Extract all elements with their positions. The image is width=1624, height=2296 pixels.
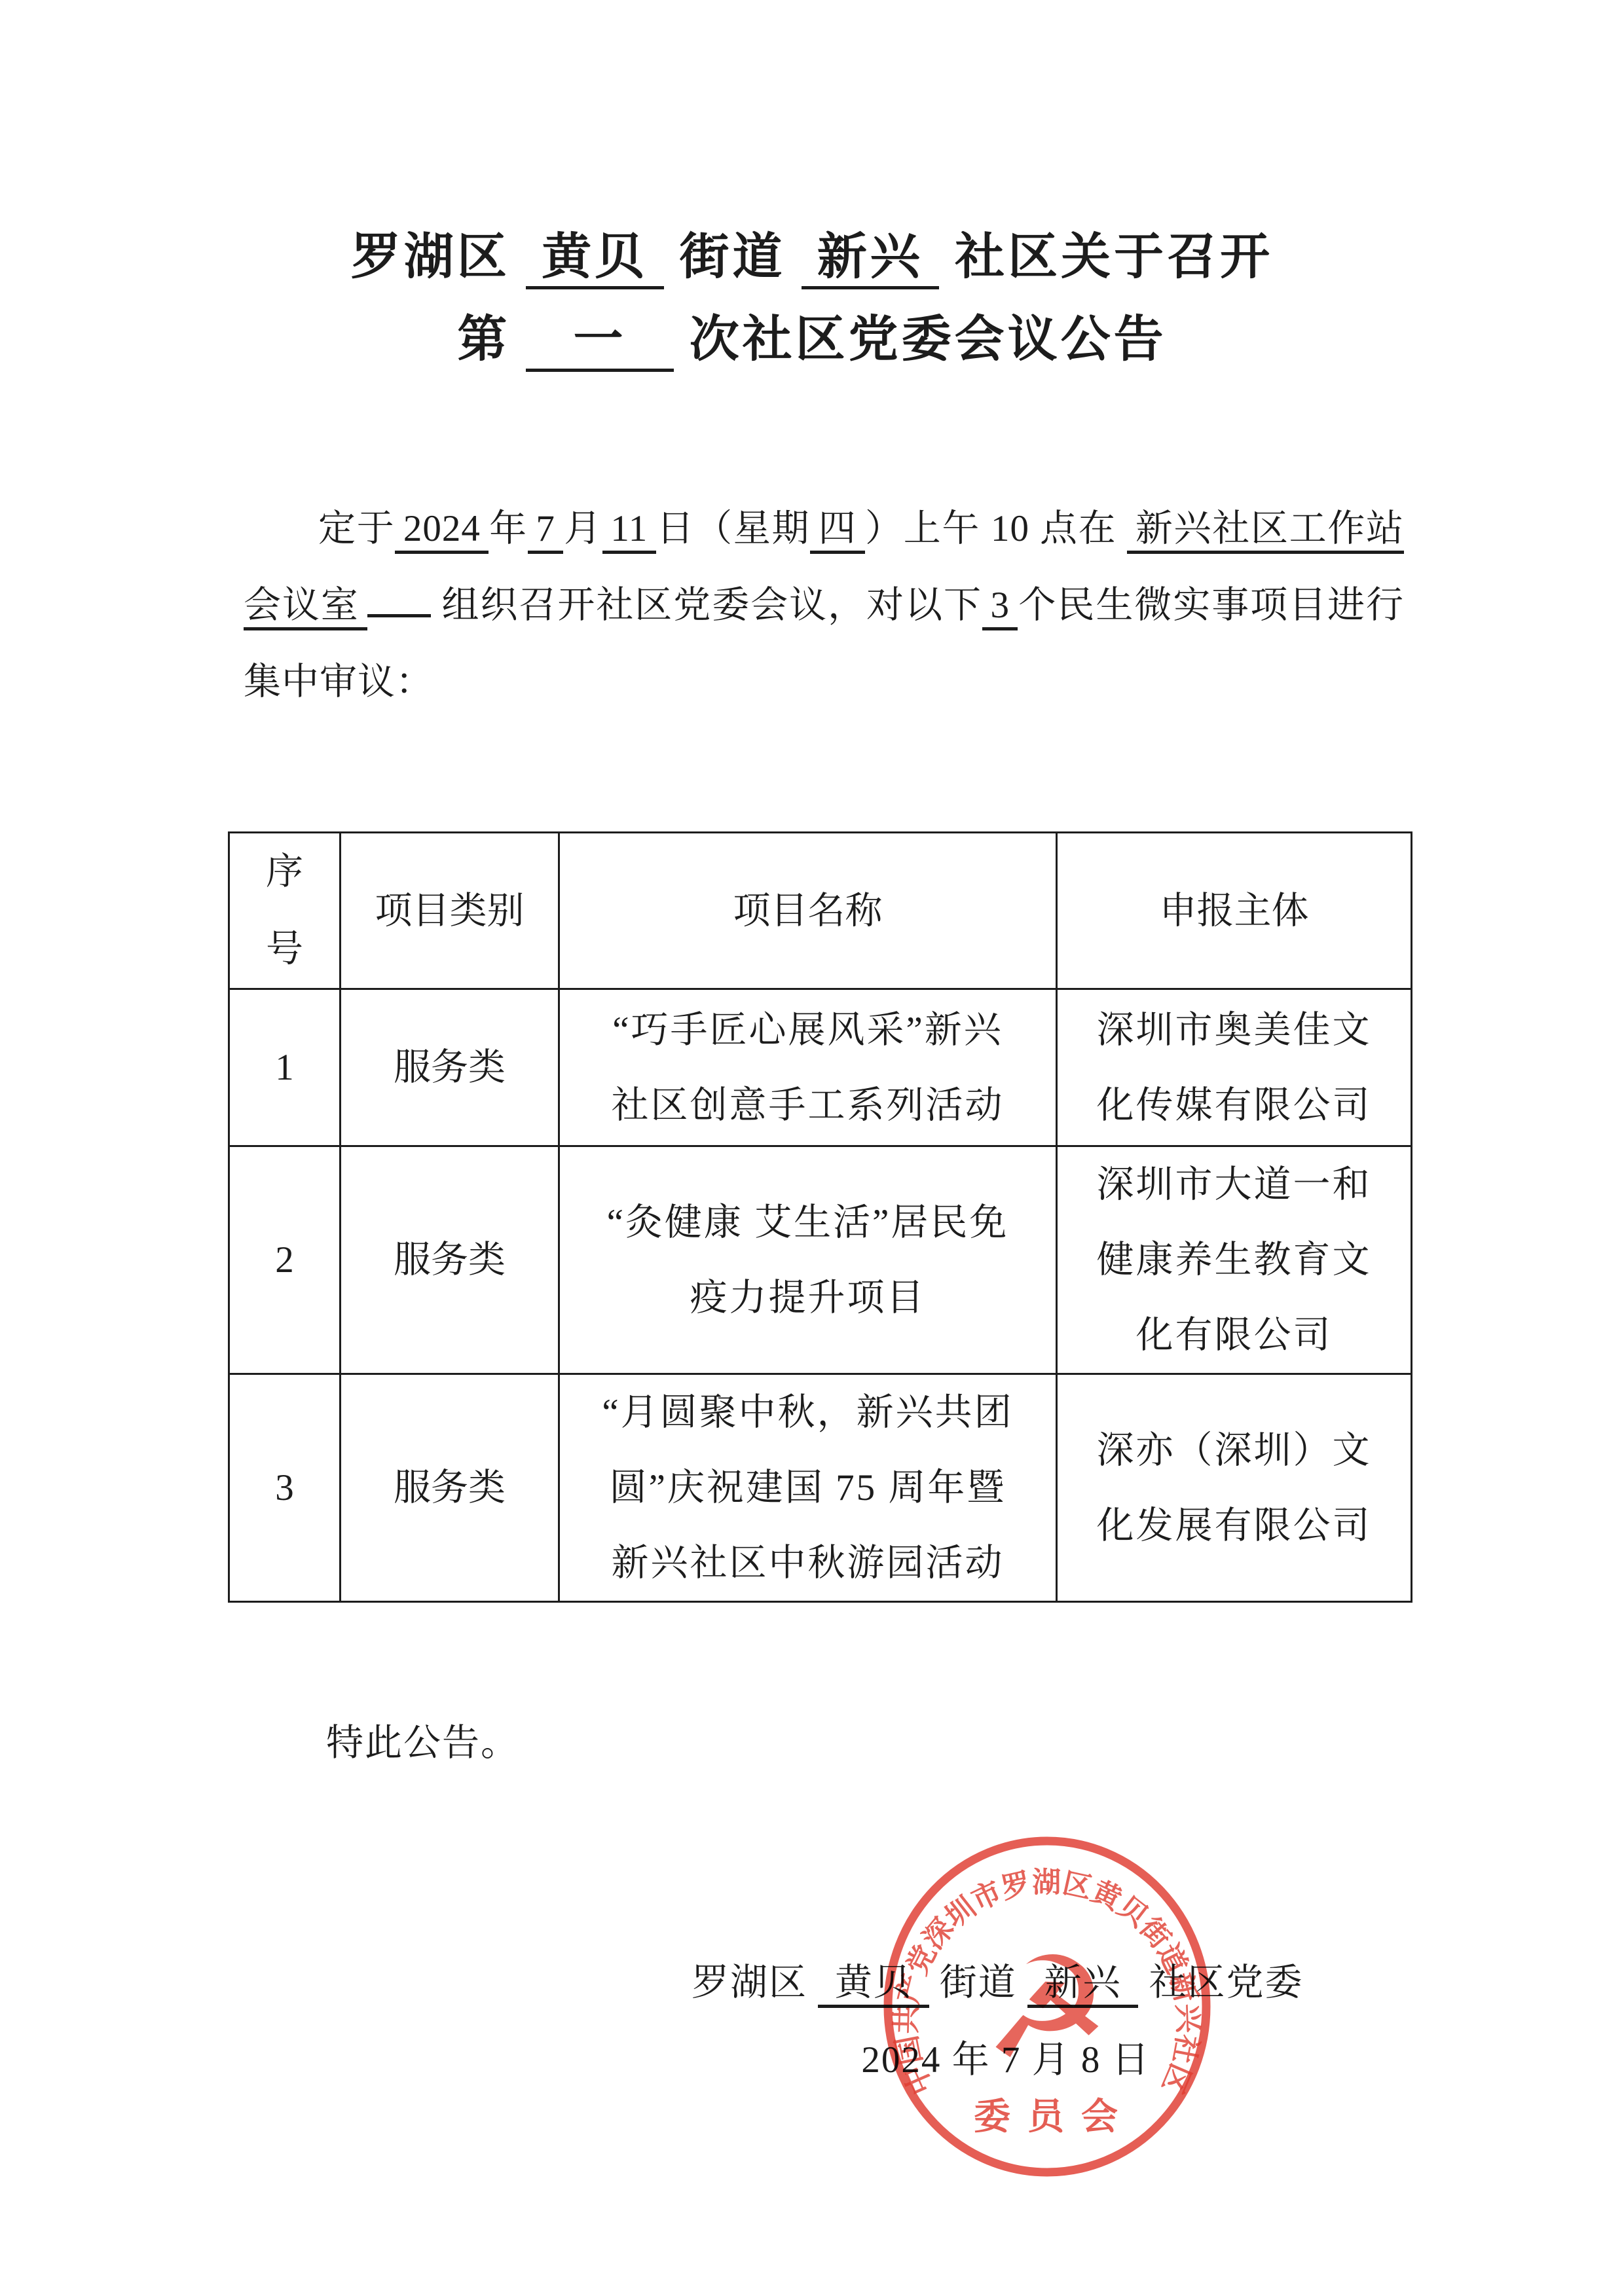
- signature-line: 罗湖区 黄贝 街道 新兴 社区党委: [692, 1952, 1346, 2006]
- cell-applicant: 深亦（深圳）文化发展有限公司: [1057, 1374, 1412, 1602]
- title-text: 第: [457, 312, 510, 367]
- title-fill-in-community: 新兴: [802, 230, 940, 289]
- closing-statement: 特此公告。: [326, 1713, 519, 1766]
- cell-serial-no: 2: [229, 1146, 341, 1374]
- project-name-text: “月圆聚中秋，新兴共团圆”庆祝建国 75 周年暨新兴社区中秋游园活动: [596, 1375, 1020, 1601]
- signature-fill-in-street: 黄贝: [818, 1962, 929, 2008]
- project-name-text: “灸健康 艾生活”居民免疫力提升项目: [596, 1185, 1020, 1336]
- cell-project-name: “月圆聚中秋，新兴共团圆”庆祝建国 75 周年暨新兴社区中秋游园活动: [559, 1374, 1057, 1602]
- paragraph-text: 组织召开社区党委会议，对以下: [442, 585, 982, 626]
- header-serial-no: 序号: [229, 833, 341, 989]
- table-row: 2 服务类 “灸健康 艾生活”居民免疫力提升项目 深圳市大道一和健康养生教育文化…: [229, 1146, 1412, 1374]
- cell-category: 服务类: [341, 989, 559, 1146]
- signature-text: 社区党委: [1149, 1962, 1304, 2003]
- fill-in-day: 11: [602, 508, 656, 554]
- document-title: 罗湖区 黄贝 街道 新兴 社区关于召开 第 一 次社区党委会议公告: [0, 216, 1624, 381]
- title-fill-in-session: 一: [526, 312, 673, 372]
- table-row: 1 服务类 “巧手匠心展风采”新兴社区创意手工系列活动 深圳市奥美佳文化传媒有限…: [229, 989, 1412, 1146]
- fill-in-weekday: 四: [810, 508, 865, 554]
- header-project-name: 项目名称: [559, 833, 1057, 989]
- header-applicant: 申报主体: [1057, 833, 1412, 989]
- title-fill-in-street: 黄贝: [526, 230, 664, 289]
- notice-document-page: 罗湖区 黄贝 街道 新兴 社区关于召开 第 一 次社区党委会议公告 定于2024…: [0, 0, 1624, 2296]
- applicant-text: 深亦（深圳）文化发展有限公司: [1086, 1413, 1382, 1563]
- paragraph-text: 年: [489, 508, 527, 549]
- applicant-text: 深圳市大道一和健康养生教育文化有限公司: [1086, 1147, 1382, 1373]
- signature-fill-in-community: 新兴: [1027, 1962, 1138, 2008]
- fill-in-blank: [367, 577, 431, 617]
- cell-project-name: “巧手匠心展风采”新兴社区创意手工系列活动: [559, 989, 1057, 1146]
- table-row: 3 服务类 “月圆聚中秋，新兴共团圆”庆祝建国 75 周年暨新兴社区中秋游园活动…: [229, 1374, 1412, 1602]
- cell-category: 服务类: [341, 1374, 559, 1602]
- title-text: 罗湖区: [351, 230, 510, 285]
- cell-applicant: 深圳市奥美佳文化传媒有限公司: [1057, 989, 1412, 1146]
- title-line-1: 罗湖区 黄贝 街道 新兴 社区关于召开: [0, 216, 1624, 299]
- header-project-category: 项目类别: [341, 833, 559, 989]
- title-text: 街道: [680, 230, 786, 285]
- paragraph-text: 定于: [318, 508, 395, 549]
- title-text: 社区关于召开: [955, 230, 1273, 285]
- paragraph-text: ）上午 10 点在: [865, 508, 1116, 549]
- project-name-text: “巧手匠心展风采”新兴社区创意手工系列活动: [596, 993, 1020, 1143]
- paragraph-text: 月: [563, 508, 602, 549]
- signature-date: 2024 年 7 月 8 日: [692, 2030, 1320, 2083]
- signature-text: 街道: [940, 1962, 1017, 2003]
- fill-in-month: 7: [528, 508, 564, 554]
- cell-serial-no: 1: [229, 989, 341, 1146]
- title-text: 次社区党委会议公告: [690, 312, 1167, 367]
- cell-category: 服务类: [341, 1146, 559, 1374]
- meeting-notice-paragraph: 定于2024年7月11日（星期四）上午 10 点在 新兴社区工作站会议室 组织召…: [244, 490, 1404, 720]
- paragraph-text: 日（星期: [656, 508, 810, 549]
- signature-text: 罗湖区: [692, 1962, 807, 2003]
- applicant-text: 深圳市奥美佳文化传媒有限公司: [1086, 993, 1382, 1143]
- fill-in-year: 2024: [395, 508, 489, 554]
- header-label: 序号: [265, 833, 304, 988]
- cell-project-name: “灸健康 艾生活”居民免疫力提升项目: [559, 1146, 1057, 1374]
- cell-serial-no: 3: [229, 1374, 341, 1602]
- table-header-row: 序号 项目类别 项目名称 申报主体: [229, 833, 1412, 989]
- projects-table: 序号 项目类别 项目名称 申报主体 1 服务类 “巧手匠心展风采”新兴社区创意手…: [228, 831, 1412, 1603]
- seal-bottom-text: 委员会: [974, 2097, 1135, 2138]
- title-line-2: 第 一 次社区党委会议公告: [0, 299, 1624, 381]
- fill-in-project-count: 3: [982, 585, 1018, 630]
- cell-applicant: 深圳市大道一和健康养生教育文化有限公司: [1057, 1146, 1412, 1374]
